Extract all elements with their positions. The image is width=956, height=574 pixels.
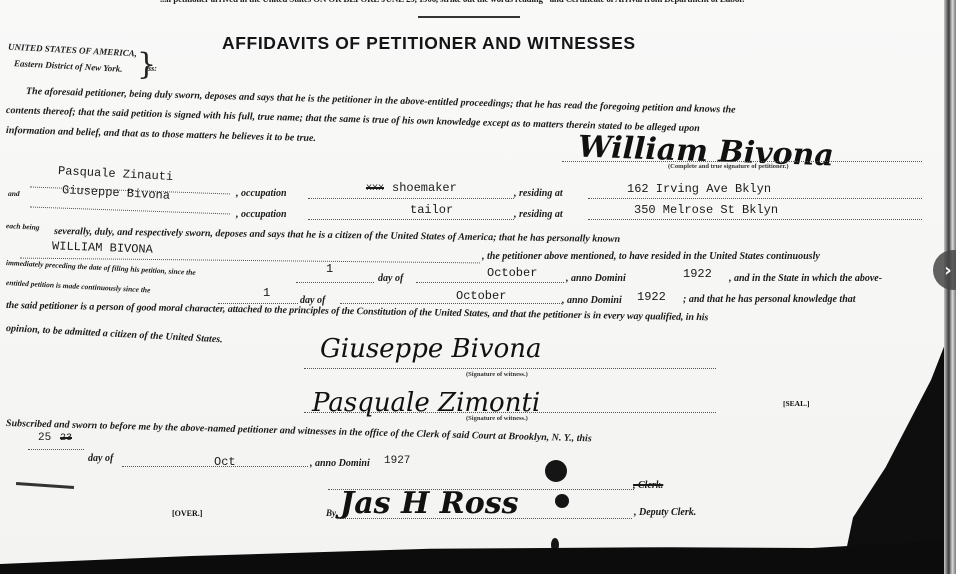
witness1-signature: Giuseppe Bivona	[320, 334, 542, 364]
witness2-occupation-label: , occupation	[236, 209, 287, 220]
witness2-occupation: tailor	[410, 203, 453, 217]
venue-country: UNITED STATES OF AMERICA,	[8, 42, 137, 59]
witness-affidavit-line-4-suffix: ; and that he has personal knowledge tha…	[683, 294, 856, 305]
top-instruction-note: ...if petitioner arrived in the United S…	[160, 0, 749, 4]
state-anno-domini-label: , anno Domini	[562, 295, 622, 306]
scan-shadow-bottom	[0, 540, 956, 574]
chevron-right-icon: ›	[944, 260, 951, 281]
witness1-address: 162 Irving Ave Bklyn	[627, 182, 771, 196]
us-month-line	[416, 282, 564, 283]
witness1-signature-line	[304, 368, 716, 369]
witness2-address-line	[588, 219, 922, 220]
state-month-line	[340, 303, 562, 304]
witness-affidavit-line-2: , the petitioner above mentioned, to hav…	[482, 251, 820, 262]
deputy-clerk-signature: Jas H Ross	[340, 486, 518, 521]
deputy-clerk-label: , Deputy Clerk.	[634, 507, 696, 518]
witness2-name: Giuseppe Bivona	[62, 183, 171, 203]
jurat-day-struck: 23	[60, 433, 72, 444]
us-residence-month: October	[487, 266, 537, 280]
petitioner-typed-name: WILLIAM BIVONA	[52, 239, 153, 257]
jurat-day-of-label: day of	[88, 453, 113, 464]
witness2-signature-line	[304, 412, 716, 413]
witness2-occupation-line	[308, 219, 514, 220]
title-rule	[418, 16, 520, 18]
jurat-month: Oct	[214, 455, 236, 469]
deputy-clerk-signature-line	[338, 518, 632, 519]
venue-district: Eastern District of New York.	[14, 58, 123, 74]
witness1-signature-caption: (Signature of witness.)	[466, 371, 528, 378]
petitioner-affidavit-line-3: information and belief, and that as to t…	[6, 125, 316, 144]
us-day-line	[296, 282, 374, 283]
witness1-occupation-struck: xxx	[366, 183, 384, 194]
witness2-name-line	[30, 207, 230, 215]
document-page: ...if petitioner arrived in the United S…	[0, 0, 956, 574]
clerk-label: , Clerk.	[633, 480, 663, 491]
us-residence-year: 1922	[683, 267, 712, 281]
scan-shadow-right	[840, 330, 956, 574]
witness2-signature: Pasquale Zimonti	[312, 388, 540, 418]
witness1-occupation-label: , occupation	[236, 188, 287, 199]
witness1-residing-label: , residing at	[514, 188, 563, 199]
jurat-year: 1927	[384, 455, 410, 467]
jurat-anno-domini-label: , anno Domini	[310, 458, 370, 469]
petitioner-signature-caption: (Complete and true signature of petition…	[668, 163, 789, 170]
us-anno-domini-label: , anno Domini	[566, 273, 626, 284]
witness1-name: Pasquale Zinauti	[58, 164, 174, 184]
us-day-of-label: day of	[378, 273, 403, 284]
form-number-mark	[16, 482, 74, 489]
witness1-occupation: shoemaker	[392, 181, 457, 195]
by-label: By	[326, 508, 336, 518]
and-label: and	[8, 189, 20, 198]
page-title: AFFIDAVITS OF PETITIONER AND WITNESSES	[222, 33, 636, 54]
state-residence-day: 1	[263, 286, 270, 300]
ink-blot	[545, 460, 567, 482]
witness2-residing-label: , residing at	[514, 209, 563, 220]
each-being-label: each being	[6, 221, 40, 232]
witness-affidavit-line-6: opinion, to be admitted a citizen of the…	[6, 323, 223, 345]
seal-label: [SEAL.]	[783, 399, 809, 408]
state-residence-month: October	[456, 289, 506, 303]
jurat-day-line	[28, 449, 84, 450]
over-label: [OVER.]	[172, 509, 202, 518]
witness-affidavit-line-4-prefix: entitled petition is made continuously s…	[6, 278, 151, 295]
witness1-address-line	[588, 198, 922, 199]
witness-affidavit-line-3-suffix: , and in the State in which the above-	[729, 273, 882, 284]
witness2-address: 350 Melrose St Bklyn	[634, 203, 778, 217]
witness-affidavit-line-3-prefix: immediately preceding the date of filing…	[6, 258, 196, 277]
next-page-button[interactable]: ›	[933, 250, 956, 290]
witness1-occupation-line	[308, 198, 514, 199]
petitioner-signature-line	[562, 161, 922, 162]
ink-blot	[555, 494, 569, 508]
state-residence-year: 1922	[637, 290, 666, 304]
us-residence-day: 1	[326, 262, 333, 276]
witness2-signature-caption: (Signature of witness.)	[466, 415, 528, 422]
jurat-day: 25	[38, 432, 51, 444]
venue-ss: ss:	[148, 64, 157, 73]
